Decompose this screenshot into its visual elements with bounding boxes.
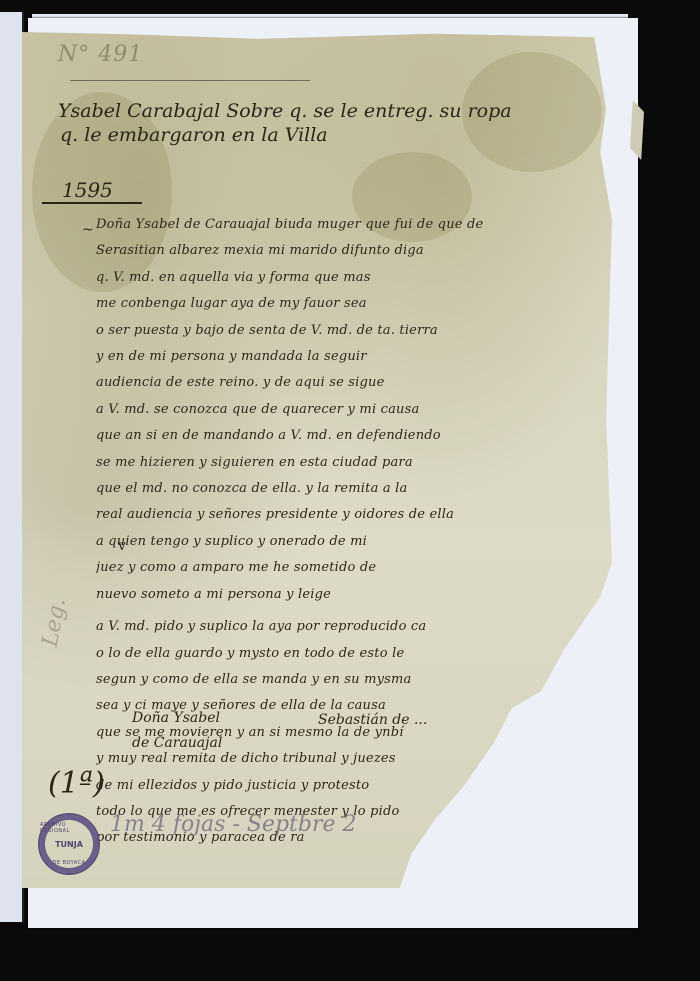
body-line: o lo de ella guardo y mysto en todo de e… bbox=[96, 641, 601, 667]
body-line: y en de mi persona y mandada la seguir bbox=[96, 344, 601, 370]
signature-left-line-2: de Carauajal bbox=[132, 735, 222, 751]
stamp-center-text: TUNJA bbox=[55, 840, 83, 849]
body-line: juez y como a amparo me he sometido de bbox=[96, 555, 601, 581]
folio-number: (1ª) bbox=[20, 760, 110, 820]
year-underline bbox=[42, 202, 142, 204]
archive-stamp: ARCHIVO REGIONAL TUNJA DE BOYACA bbox=[38, 813, 100, 875]
signature-right: Sebastián de ... bbox=[318, 712, 427, 728]
body-line: a V. md. pido y suplico la aya por repro… bbox=[96, 614, 601, 640]
body-line: audiencia de este reino. y de aqui se si… bbox=[96, 370, 601, 396]
body-line: q. V. md. en aquella via y forma que mas bbox=[96, 265, 601, 291]
petition-body: Doña Ysabel de Carauajal biuda muger que… bbox=[96, 212, 601, 852]
paragraph-mark: ~ bbox=[82, 222, 94, 238]
reference-underline bbox=[70, 80, 310, 81]
stamp-top-text: ARCHIVO REGIONAL bbox=[40, 822, 98, 834]
body-line: real audiencia y señores presidente y oi… bbox=[96, 502, 601, 528]
body-line: me conbenga lugar aya de my fauor sea bbox=[96, 291, 601, 317]
body-line: nuevo someto a mi persona y leige bbox=[96, 582, 601, 608]
body-line: a quien tengo y suplico y onerado de mi bbox=[96, 529, 601, 555]
body-line: o ser puesta y bajo de senta de V. md. d… bbox=[96, 318, 601, 344]
document-year: 1595 bbox=[62, 178, 113, 202]
body-line: segun y como de ella se manda y en su my… bbox=[96, 667, 601, 693]
body-line: de mi ellezidos y pido justicia y protes… bbox=[96, 773, 601, 799]
body-line: que an si en de mandando a V. md. en def… bbox=[96, 423, 601, 449]
body-line: Serasitian albarez mexia mi marido difun… bbox=[96, 238, 601, 264]
signature-left-line-1: Doña Ysabel bbox=[132, 710, 220, 726]
document-title-line-1: Ysabel Carabajal Sobre q. se le entreg. … bbox=[58, 100, 512, 122]
body-line: Doña Ysabel de Carauajal biuda muger que… bbox=[96, 212, 601, 238]
reference-number: N° 491 bbox=[58, 42, 143, 67]
pencil-annotation: 1m 4 fojas - Septbre 2 bbox=[110, 812, 357, 837]
body-line: que el md. no conozca de ella. y la remi… bbox=[96, 476, 601, 502]
folio-number-text: (1ª) bbox=[48, 766, 105, 801]
body-line: a V. md. se conozca que de quarecer y mi… bbox=[96, 397, 601, 423]
stamp-bottom-text: DE BOYACA bbox=[52, 860, 85, 866]
paragraph-mark: v bbox=[118, 538, 126, 554]
document-title-line-2: q. le embargaron en la Villa bbox=[60, 124, 328, 146]
body-line: se me hizieren y siguieren en esta ciuda… bbox=[96, 450, 601, 476]
